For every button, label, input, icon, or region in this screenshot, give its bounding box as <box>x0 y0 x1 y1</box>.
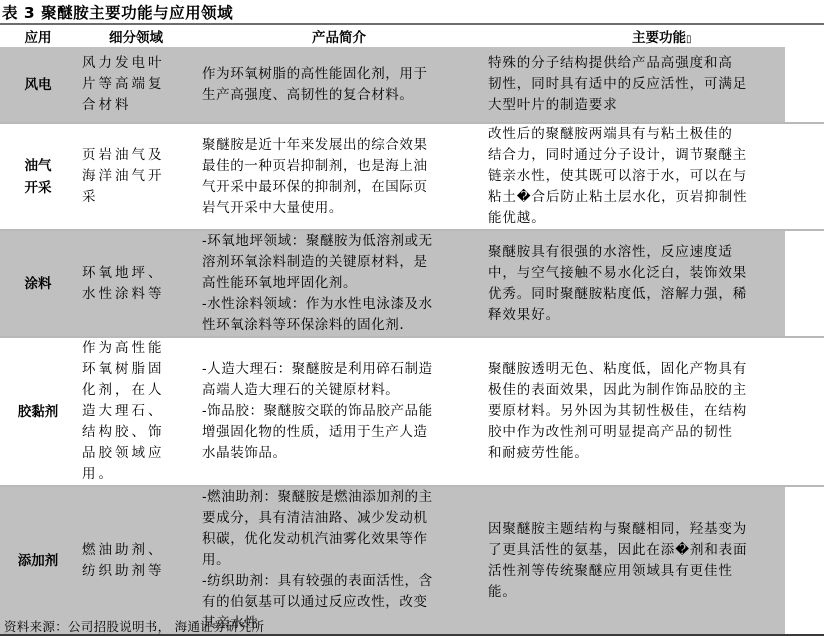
function-line: 聚醚胺具有很强的水溶性，反应速度适 <box>488 242 781 263</box>
product-line: -水性涂料领域：作为水性电泳漆及水 <box>202 294 478 315</box>
product-line: 有的伯氨基可以通过反应改性，改变 <box>202 592 478 613</box>
product-line: 岩气开采中大量使用。 <box>202 198 478 219</box>
function-line: 结合力，同时通过分子设计，调节聚醚主 <box>488 145 781 166</box>
function-line: 粘土�合后防止粘土层水化，页岩抑制性 <box>488 187 781 208</box>
function-line: 因聚醚胺主题结构与聚醚相同，羟基变为 <box>488 519 781 540</box>
function-line: 改性后的聚醚胺两端具有与粘土极佳的 <box>488 124 781 145</box>
row-spacer <box>785 123 824 230</box>
sub-field-line: 品胶领域应 <box>82 443 196 464</box>
function-line: 释效果好。 <box>488 305 781 326</box>
polyetheramine-applications-table: 应用 细分领域 产品简介 主要功能▯ 风电 风力发电叶片等高端复合材料 作为环氧… <box>0 25 824 636</box>
application-line: 胶黏剂 <box>0 401 76 423</box>
product-line: 气开采中最环保的抑制剂，在国际页 <box>202 177 478 198</box>
product-line: -纺织助剂：具有较强的表面活性，含 <box>202 571 478 592</box>
sub-field-line: 合材料 <box>82 95 196 116</box>
sub-field-line: 化剂，在人 <box>82 380 196 401</box>
application-cell: 油气开采 <box>0 123 76 230</box>
function-line: 活性剂等传统聚醚应用领域具有更佳性 <box>488 561 781 582</box>
product-intro-cell: -环氧地坪领域：聚醚胺为低溶剂或无溶剂环氧涂料制造的关键原材料，是高性能环氧地坪… <box>196 230 482 337</box>
product-line: -饰品胶：聚醚胺交联的饰品胶产品能 <box>202 401 478 422</box>
product-line: 用。 <box>202 550 478 571</box>
product-line: 最佳的一种页岩抑制剂，也是海上油 <box>202 156 478 177</box>
sub-field-line: 纺织助剂等 <box>82 561 196 582</box>
sub-field-cell: 环氧地坪、水性涂料等 <box>76 230 196 337</box>
sub-field-line: 环氧地坪、 <box>82 263 196 284</box>
product-line: -人造大理石：聚醚胺是利用碎石制造 <box>202 359 478 380</box>
product-line: 性环氧涂料等环保涂料的固化剂. <box>202 315 478 336</box>
application-line: 开采 <box>0 177 76 199</box>
product-line: 增强固化物的性质，适用于生产人造 <box>202 422 478 443</box>
header-product-intro: 产品简介 <box>196 25 482 47</box>
sub-field-line: 作为高性能 <box>82 338 196 359</box>
main-function-cell: 聚醚胺具有很强的水溶性，反应速度适中，与空气接触不易水化泛白，装饰效果优秀。同时… <box>482 230 785 337</box>
sub-field-line: 页岩油气及 <box>82 145 196 166</box>
sub-field-line: 用。 <box>82 464 196 485</box>
product-line: 高端人造大理石的关键原材料。 <box>202 380 478 401</box>
application-cell: 胶黏剂 <box>0 337 76 486</box>
application-cell: 添加剂 <box>0 486 76 635</box>
table-row: 油气开采 页岩油气及海洋油气开采 聚醚胺是近十年来发展出的综合效果最佳的一种页岩… <box>0 123 824 230</box>
function-line: 优秀。同时聚醚胺粘度低，溶解力强，稀 <box>488 284 781 305</box>
missing-glyph: ▯ <box>686 34 692 45</box>
product-line: 水晶装饰品。 <box>202 443 478 464</box>
row-spacer <box>785 47 824 123</box>
sub-field-line: 环氧树脂固 <box>82 359 196 380</box>
product-intro-cell: -燃油助剂：聚醚胺是燃油添加剂的主要成分，具有清洁油路、减少发动机积碳，优化发动… <box>196 486 482 635</box>
sub-field-cell: 燃油助剂、纺织助剂等 <box>76 486 196 635</box>
main-function-cell: 聚醚胺透明无色、粘度低，固化产物具有极佳的表面效果，因此为制作饰品胶的主要原材料… <box>482 337 785 486</box>
function-line: 韧性，同时具有适中的反应活性，可满足 <box>488 74 781 95</box>
header-spacer <box>785 25 824 47</box>
function-line: 极佳的表面效果，因此为制作饰品胶的主 <box>488 380 781 401</box>
application-cell: 风电 <box>0 47 76 123</box>
header-main-function-label: 主要功能 <box>632 30 686 46</box>
product-line: -燃油助剂：聚醚胺是燃油添加剂的主 <box>202 487 478 508</box>
product-intro-cell: 聚醚胺是近十年来发展出的综合效果最佳的一种页岩抑制剂，也是海上油气开采中最环保的… <box>196 123 482 230</box>
product-line: -环氧地坪领域：聚醚胺为低溶剂或无 <box>202 231 478 252</box>
table-row: 添加剂 燃油助剂、纺织助剂等 -燃油助剂：聚醚胺是燃油添加剂的主要成分，具有清洁… <box>0 486 824 635</box>
row-spacer <box>785 486 824 635</box>
sub-field-line: 造大理石、 <box>82 401 196 422</box>
table-title: 表 3 聚醚胺主要功能与应用领域 <box>2 1 233 21</box>
table-row: 风电 风力发电叶片等高端复合材料 作为环氧树脂的高性能固化剂，用于生产高强度、高… <box>0 47 824 123</box>
header-sub-field: 细分领域 <box>76 25 196 47</box>
application-line: 添加剂 <box>0 550 76 572</box>
function-line: 胶中作为改性剂可明显提高产品的韧性 <box>488 422 781 443</box>
application-line: 风电 <box>0 74 76 96</box>
sub-field-cell: 风力发电叶片等高端复合材料 <box>76 47 196 123</box>
application-cell: 涂料 <box>0 230 76 337</box>
product-line: 生产高强度、高韧性的复合材料。 <box>202 85 478 106</box>
function-line: 大型叶片的制造要求 <box>488 95 781 116</box>
sub-field-line: 采 <box>82 187 196 208</box>
row-spacer <box>785 230 824 337</box>
function-line: 要原材料。另外因为其韧性极佳，在结构 <box>488 401 781 422</box>
sub-field-line: 片等高端复 <box>82 74 196 95</box>
product-line: 高性能环氧地坪固化剂。 <box>202 273 478 294</box>
sub-field-line: 海洋油气开 <box>82 166 196 187</box>
function-line: 和耐疲劳性能。 <box>488 443 781 464</box>
product-line: 作为环氧树脂的高性能固化剂，用于 <box>202 64 478 85</box>
header-application: 应用 <box>0 25 76 47</box>
product-intro-cell: -人造大理石：聚醚胺是利用碎石制造高端人造大理石的关键原材料。-饰品胶：聚醚胺交… <box>196 337 482 486</box>
product-line: 要成分，具有清洁油路、减少发动机 <box>202 508 478 529</box>
function-line: 能优越。 <box>488 208 781 229</box>
main-function-cell: 改性后的聚醚胺两端具有与粘土极佳的结合力，同时通过分子设计，调节聚醚主链亲水性，… <box>482 123 785 230</box>
source-note: 资料来源：公司招股说明书， 海通证券研究所 <box>4 617 264 635</box>
main-function-cell: 特殊的分子结构提供给产品高强度和高韧性，同时具有适中的反应活性，可满足大型叶片的… <box>482 47 785 123</box>
function-line: 特殊的分子结构提供给产品高强度和高 <box>488 53 781 74</box>
table-row: 胶黏剂 作为高性能环氧树脂固化剂，在人造大理石、结构胶、饰品胶领域应用。 -人造… <box>0 337 824 486</box>
sub-field-line: 风力发电叶 <box>82 53 196 74</box>
main-function-cell: 因聚醚胺主题结构与聚醚相同，羟基变为了更具活性的氨基，因此在添�剂和表面活性剂等… <box>482 486 785 635</box>
product-intro-cell: 作为环氧树脂的高性能固化剂，用于生产高强度、高韧性的复合材料。 <box>196 47 482 123</box>
header-row: 应用 细分领域 产品简介 主要功能▯ <box>0 25 824 47</box>
application-line: 涂料 <box>0 273 76 295</box>
sub-field-line: 结构胶、饰 <box>82 422 196 443</box>
header-main-function: 主要功能▯ <box>482 25 785 47</box>
function-line: 链亲水性，使其既可以溶于水，可以在与 <box>488 166 781 187</box>
product-line: 积碳，优化发动机汽油雾化效果等作 <box>202 529 478 550</box>
sub-field-cell: 页岩油气及海洋油气开采 <box>76 123 196 230</box>
product-line: 聚醚胺是近十年来发展出的综合效果 <box>202 135 478 156</box>
function-line: 中，与空气接触不易水化泛白，装饰效果 <box>488 263 781 284</box>
sub-field-line: 水性涂料等 <box>82 284 196 305</box>
sub-field-cell: 作为高性能环氧树脂固化剂，在人造大理石、结构胶、饰品胶领域应用。 <box>76 337 196 486</box>
sub-field-line: 燃油助剂、 <box>82 540 196 561</box>
function-line: 能。 <box>488 582 781 603</box>
function-line: 了更具活性的氨基，因此在添�剂和表面 <box>488 540 781 561</box>
table-row: 涂料 环氧地坪、水性涂料等 -环氧地坪领域：聚醚胺为低溶剂或无溶剂环氧涂料制造的… <box>0 230 824 337</box>
row-spacer <box>785 337 824 486</box>
application-line: 油气 <box>0 155 76 177</box>
function-line: 聚醚胺透明无色、粘度低，固化产物具有 <box>488 359 781 380</box>
product-line: 溶剂环氧涂料制造的关键原材料，是 <box>202 252 478 273</box>
